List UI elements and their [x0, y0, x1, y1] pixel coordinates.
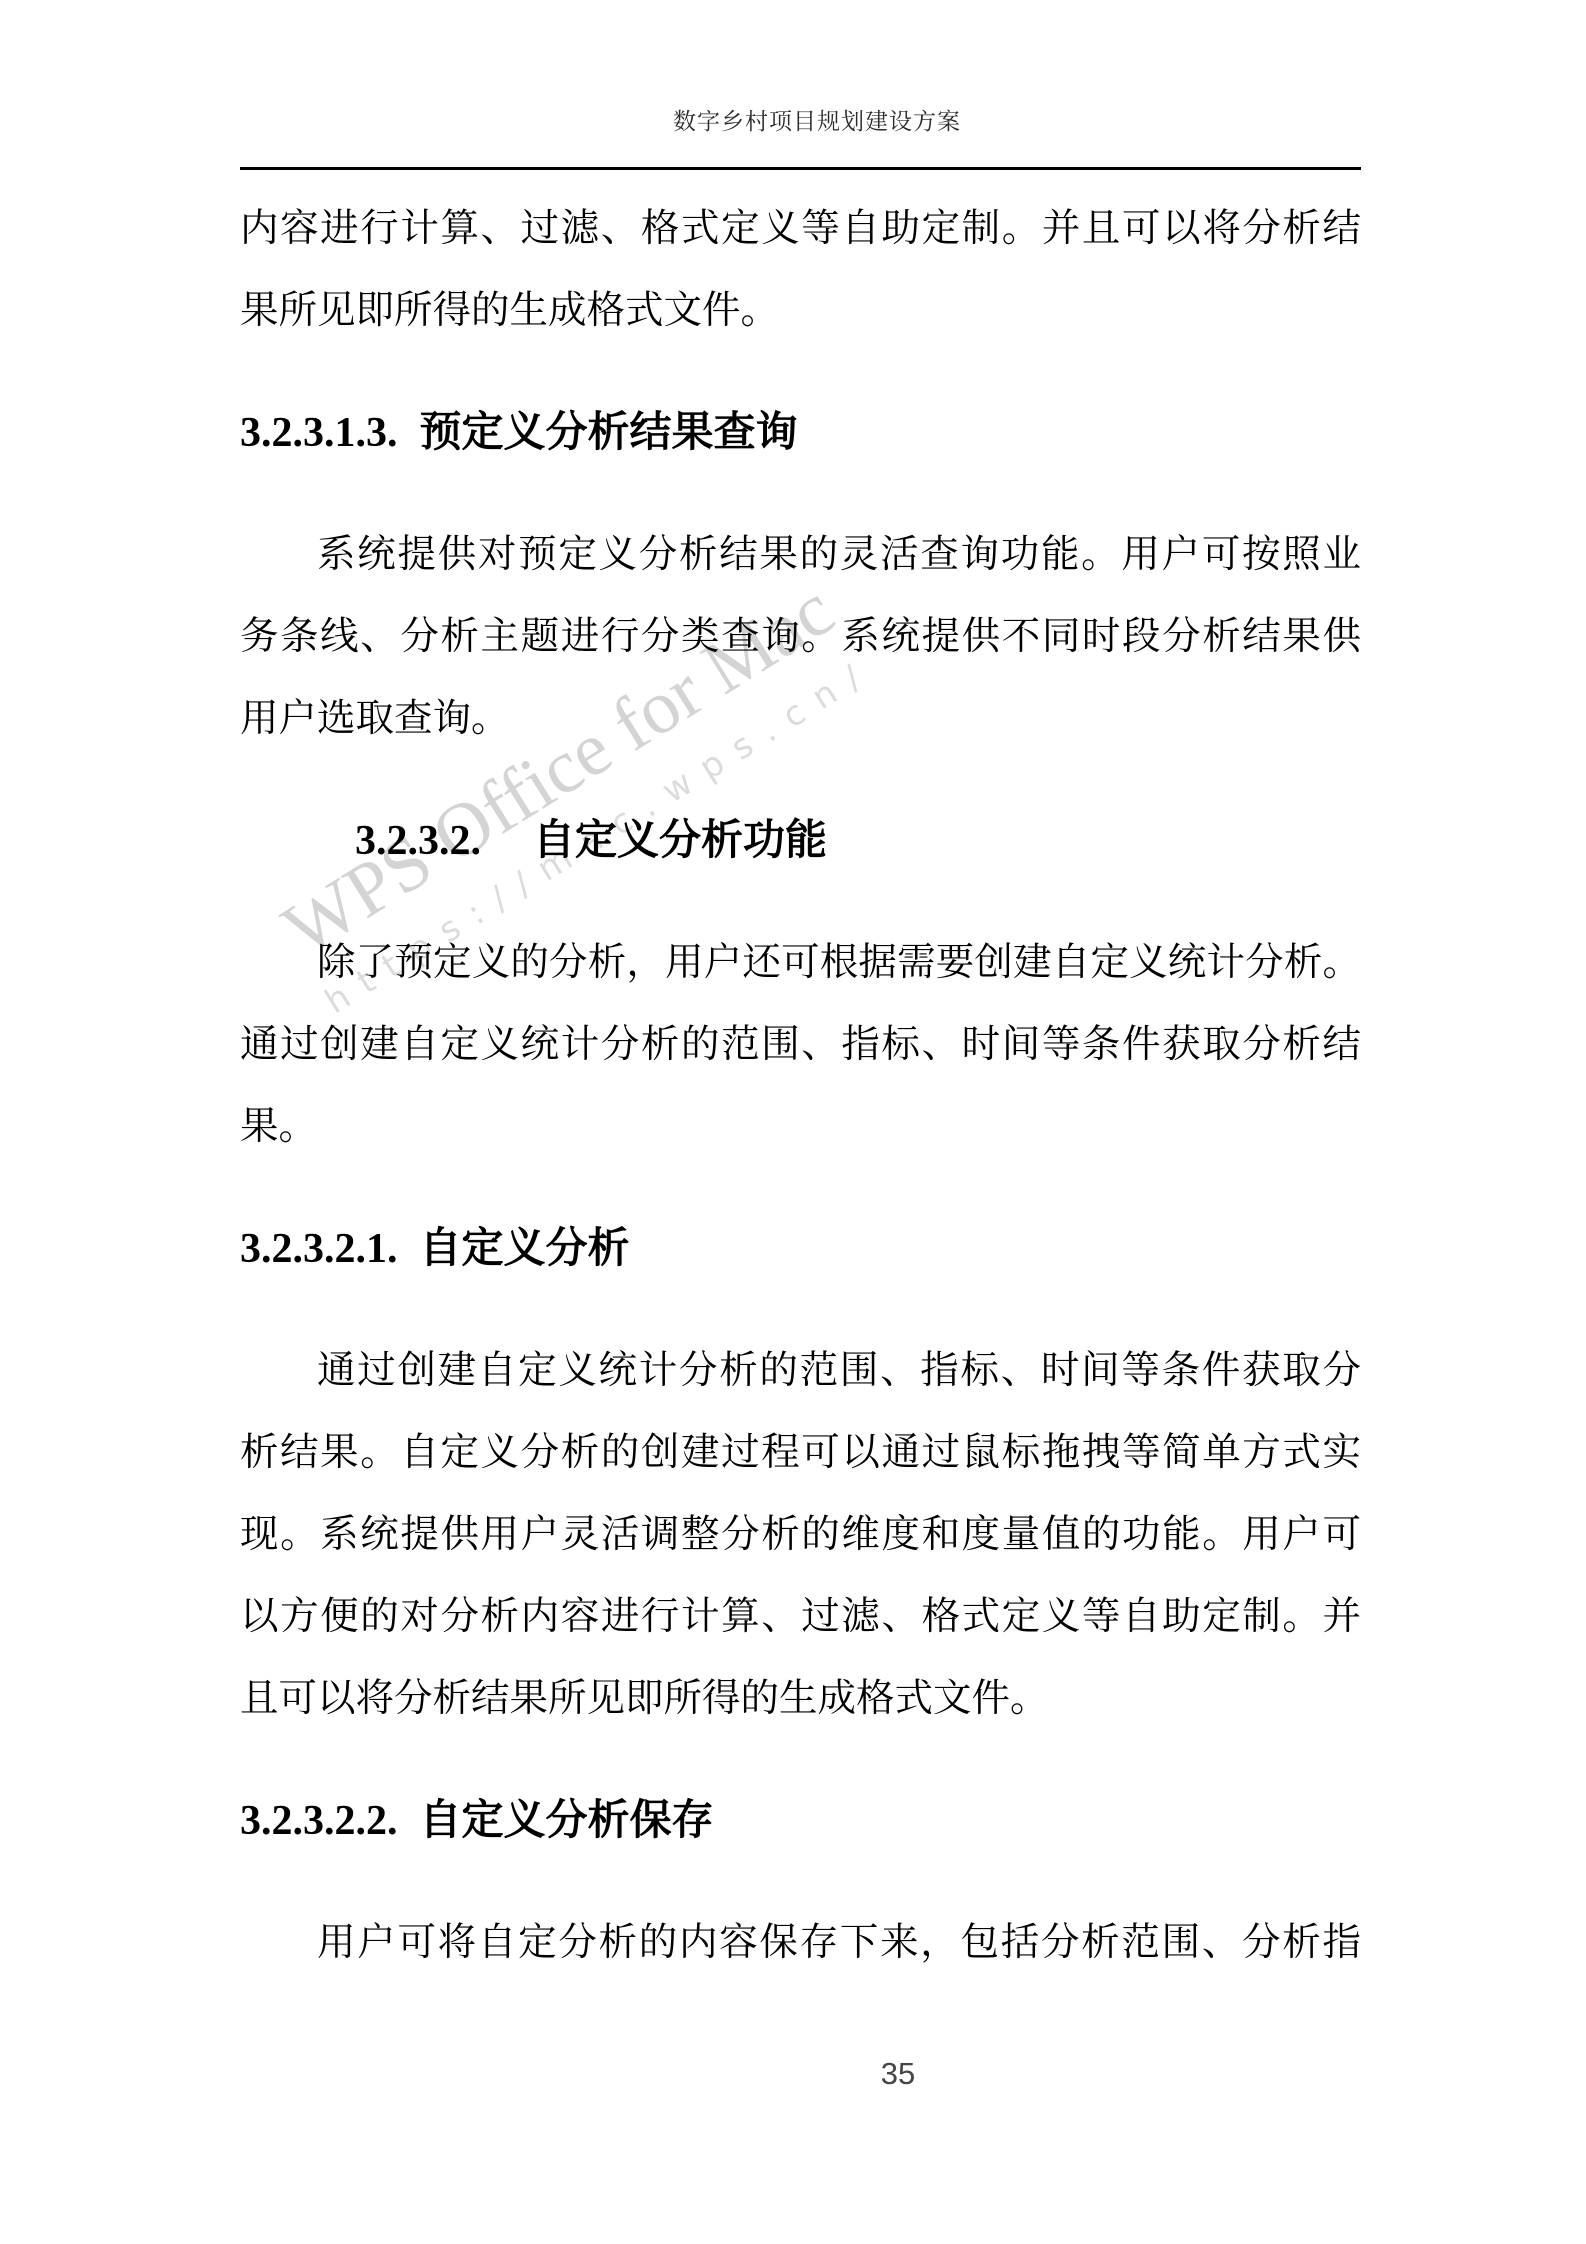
- text-line: 系统提供对预定义分析结果的灵活查询功能。用户可按照业: [240, 514, 1361, 596]
- heading-number: 3.2.3.1.3.: [240, 410, 398, 456]
- text-line: 现。系统提供用户灵活调整分析的维度和度量值的功能。用户可: [240, 1494, 1361, 1576]
- paragraph: 除了预定义的分析，用户还可根据需要创建自定义统计分析。通过创建自定义统计分析的范…: [240, 922, 1361, 1168]
- text-line: 果。: [240, 1086, 1361, 1168]
- page-number: 35: [881, 2056, 915, 2092]
- document-page: 数字乡村项目规划建设方案 WPS Office for Mac https://…: [0, 0, 1586, 2244]
- section-heading: 3.2.3.2.自定义分析功能: [240, 800, 1361, 882]
- text-line: 务条线、分析主题进行分类查询。系统提供不同时段分析结果供: [240, 596, 1361, 678]
- section-heading: 3.2.3.2.1.自定义分析: [240, 1208, 1361, 1290]
- header-rule-divider: [240, 167, 1361, 170]
- heading-title: 自定义分析功能: [533, 818, 827, 864]
- content-column: 内容进行计算、过滤、格式定义等自助定制。并且可以将分析结果所见即所得的生成格式文…: [240, 0, 1361, 1984]
- paragraph: 通过创建自定义统计分析的范围、指标、时间等条件获取分析结果。自定义分析的创建过程…: [240, 1330, 1361, 1740]
- text-line: 且可以将分析结果所见即所得的生成格式文件。: [240, 1658, 1361, 1740]
- text-line: 果所见即所得的生成格式文件。: [240, 270, 1361, 352]
- paragraph: 系统提供对预定义分析结果的灵活查询功能。用户可按照业务条线、分析主题进行分类查询…: [240, 514, 1361, 760]
- text-line: 析结果。自定义分析的创建过程可以通过鼠标拖拽等简单方式实: [240, 1412, 1361, 1494]
- text-line: 通过创建自定义统计分析的范围、指标、时间等条件获取分: [240, 1330, 1361, 1412]
- text-line: 除了预定义的分析，用户还可根据需要创建自定义统计分析。: [240, 922, 1361, 1004]
- text-line: 以方便的对分析内容进行计算、过滤、格式定义等自助定制。并: [240, 1576, 1361, 1658]
- heading-title: 自定义分析: [420, 1226, 630, 1272]
- heading-number: 3.2.3.2.: [355, 818, 481, 864]
- heading-title: 预定义分析结果查询: [420, 410, 798, 456]
- paragraph: 内容进行计算、过滤、格式定义等自助定制。并且可以将分析结果所见即所得的生成格式文…: [240, 188, 1361, 352]
- section-heading: 3.2.3.1.3.预定义分析结果查询: [240, 392, 1361, 474]
- text-line: 用户可将自定分析的内容保存下来，包括分析范围、分析指: [240, 1902, 1361, 1984]
- text-line: 用户选取查询。: [240, 678, 1361, 760]
- heading-title: 自定义分析保存: [420, 1798, 714, 1844]
- text-line: 内容进行计算、过滤、格式定义等自助定制。并且可以将分析结: [240, 188, 1361, 270]
- heading-number: 3.2.3.2.2.: [240, 1798, 398, 1844]
- text-line: 通过创建自定义统计分析的范围、指标、时间等条件获取分析结: [240, 1004, 1361, 1086]
- paragraph: 用户可将自定分析的内容保存下来，包括分析范围、分析指: [240, 1902, 1361, 1984]
- running-header-title: 数字乡村项目规划建设方案: [673, 103, 961, 136]
- section-heading: 3.2.3.2.2.自定义分析保存: [240, 1780, 1361, 1862]
- heading-number: 3.2.3.2.1.: [240, 1226, 398, 1272]
